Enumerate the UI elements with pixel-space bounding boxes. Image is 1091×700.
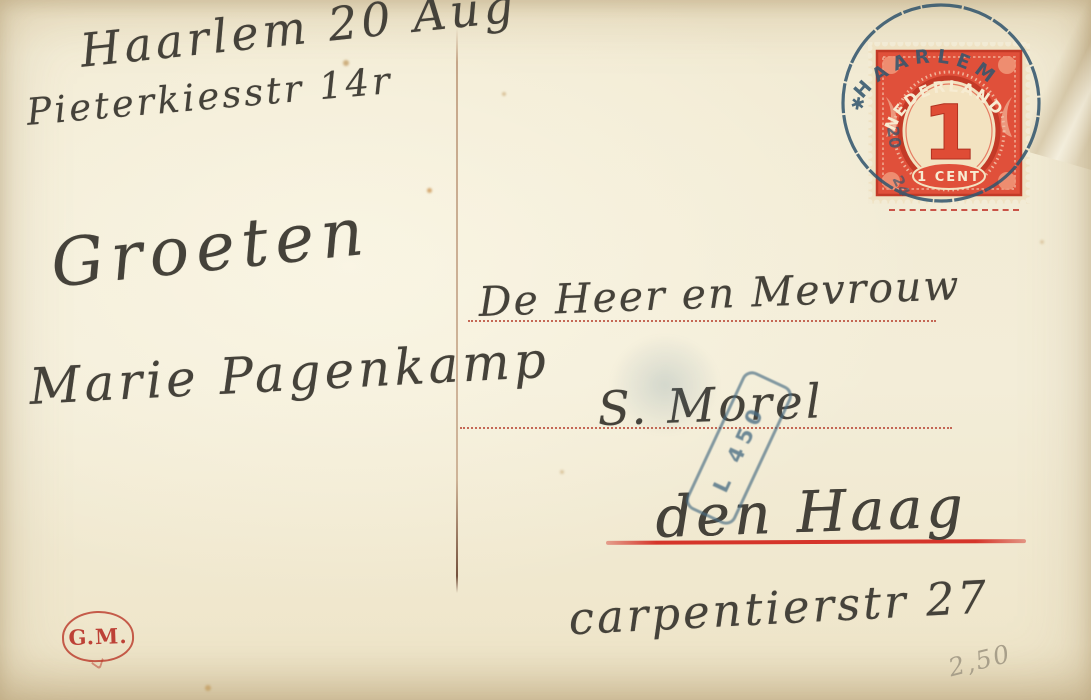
svg-text:HAARLEM: HAARLEM [848,31,1007,126]
sender-note-line1: Haarlem 20 Aug [78,0,519,74]
postcard-back: Haarlem 20 Aug Pieterkiesstr 14r Groeten… [0,0,1091,700]
foxing-spot [343,60,349,66]
postmark-haarlem: HAARLEM ✱ 20 24 [836,0,1048,208]
foxing-spot [205,685,211,691]
address-line4: carpentierstr 27 [538,573,1020,643]
stamp-underline-dashed [889,209,1019,211]
foxing-spot [560,470,564,474]
foxing-spot [1040,240,1044,244]
address-line1: De Heer en Mevrouw [478,265,959,323]
postmark-town-label: HAARLEM [848,31,1007,126]
message-signature: Marie Pagenkamp [28,335,551,412]
foxing-spot [502,92,506,96]
publisher-logo-label: G.M. [68,623,128,650]
message-greeting: Groeten [48,199,373,298]
sender-note-line2: Pieterkiesstr 14r [25,62,394,131]
pencil-price-note: 2,50 [945,639,1014,683]
foxing-spot [427,188,432,193]
star-icon: ✱ [849,93,867,115]
address-line3: den Haag [600,477,1022,549]
divider-line [456,28,458,593]
ink-smudge [605,330,725,440]
postmark-date-left: 20 [883,125,905,150]
